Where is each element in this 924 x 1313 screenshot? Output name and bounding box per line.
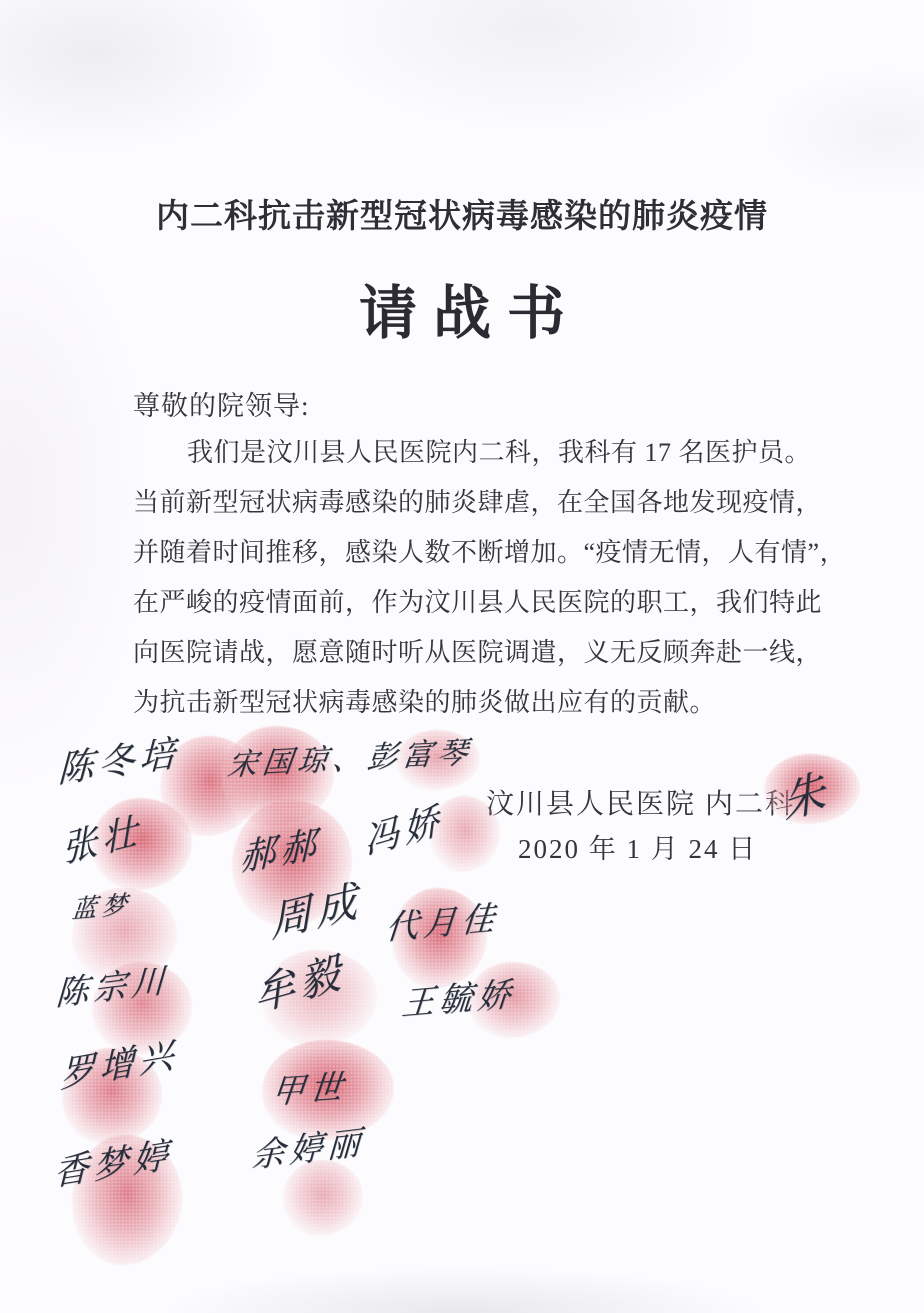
- handwritten-signature: 甲世: [270, 1060, 351, 1113]
- document-page: 内二科抗击新型冠状病毒感染的肺炎疫情 请战书 尊敬的院领导: 我们是汶川县人民医…: [0, 0, 924, 1313]
- handwritten-signature: 余婷丽: [251, 1116, 367, 1178]
- handwritten-signature: 蓝梦: [70, 885, 133, 927]
- signature-area: 陈冬培宋国琼、彭富琴张壮郝郝冯娇蓝梦周成代月佳陈宗川牟毅王毓娇罗增兴甲世香梦婷余…: [0, 0, 924, 1313]
- handwritten-signature: 冯娇: [361, 791, 445, 865]
